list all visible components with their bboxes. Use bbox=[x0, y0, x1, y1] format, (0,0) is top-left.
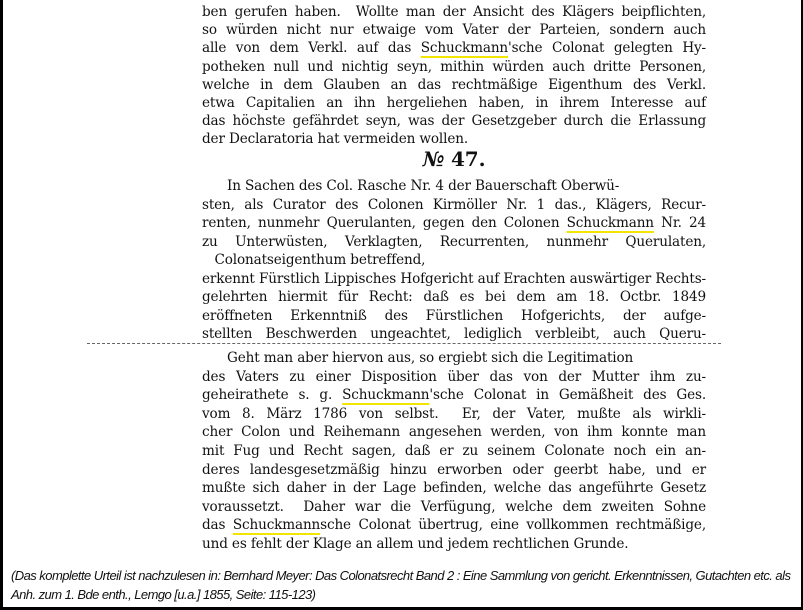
text-line: In Sachen des Col. Rasche Nr. 4 der Baue… bbox=[202, 176, 706, 196]
excerpt-separator bbox=[87, 343, 721, 344]
text-fragment: geheirathete s. g. bbox=[202, 387, 342, 403]
text-line: erkennt Fürstlich Lippisches Hofgericht … bbox=[202, 269, 706, 289]
text-line: stellten Beschwerden ungeachtet, ledigli… bbox=[202, 324, 706, 344]
highlighted-name: Schuckmann bbox=[567, 215, 654, 231]
text-line: zu Unterwüsten, Verklagten, Recurrenten,… bbox=[202, 232, 706, 252]
text-line: alle von dem Verkl. auf das Schuckmann's… bbox=[202, 38, 706, 58]
text-line: das höchste gefährdet seyn, was der Gese… bbox=[202, 111, 706, 131]
text-line: Geht man aber hiervon aus, so ergiebt si… bbox=[202, 348, 706, 368]
text-fragment: Nr. 24 bbox=[654, 215, 706, 231]
text-line: cher Colon und Reihemann angesehen werde… bbox=[202, 422, 706, 442]
text-line: potheken null und nichtig seyn, mithin w… bbox=[202, 57, 706, 77]
text-line: geheirathete s. g. Schuckmann'sche Colon… bbox=[202, 385, 706, 405]
source-citation: (Das komplette Urteil ist nachzulesen in… bbox=[11, 566, 801, 604]
text-line: welche in dem Glauben an das rechtmäßige… bbox=[202, 75, 706, 95]
text-line: das Schuckmannsche Colonat übertrug, ein… bbox=[202, 515, 706, 535]
highlighted-name: Schuckmann bbox=[233, 517, 320, 533]
document-frame: ben gerufen haben. Wollte man der Ansich… bbox=[0, 0, 803, 610]
text-line: gelehrten hiermit für Recht: daß es bei … bbox=[202, 287, 706, 307]
text-line: deres landesgesetzmäßig hinzu erworben o… bbox=[202, 460, 706, 480]
case-number: 47. bbox=[451, 147, 485, 171]
text-line: voraussetzt. Daher war die Verfügung, we… bbox=[202, 497, 706, 517]
highlighted-name: Schuckmann bbox=[421, 40, 508, 56]
text-fragment: 'sche Colonat in Gemäßheit des Ges. bbox=[429, 387, 706, 403]
text-line: und es fehlt der Klage an allem und jede… bbox=[202, 534, 706, 554]
numero-sign: № bbox=[423, 147, 445, 171]
text-line: ben gerufen haben. Wollte man der Ansich… bbox=[202, 2, 706, 22]
text-line: etwa Capitalien an ihn hergeliehen haben… bbox=[202, 93, 706, 113]
text-fragment: sche Colonat übertrug, eine vollkommen r… bbox=[320, 517, 706, 533]
text-line: sten, als Curator des Colonen Kirmöller … bbox=[202, 195, 706, 215]
text-line: mußte sich daher in der Lage befinden, w… bbox=[202, 478, 706, 498]
text-fragment: renten, nunmehr Querulanten, gegen den C… bbox=[202, 215, 567, 231]
text-line: eröffneten Erkenntniß des Fürstlichen Ho… bbox=[202, 306, 706, 326]
text-fragment: alle von dem Verkl. auf das bbox=[202, 40, 421, 56]
highlighted-name: Schuckmann bbox=[342, 387, 429, 403]
text-fragment: 'sche Colonat gelegten Hy- bbox=[508, 40, 706, 56]
text-line: renten, nunmehr Querulanten, gegen den C… bbox=[202, 213, 706, 233]
text-line: des Vaters zu einer Disposition über das… bbox=[202, 367, 706, 387]
case-number-heading: № 47. bbox=[202, 146, 706, 172]
text-line: Colonatseigenthum betreffend, bbox=[202, 250, 706, 270]
text-fragment: das bbox=[202, 517, 233, 533]
text-line: mit Fug und Recht sagen, daß er zu seine… bbox=[202, 441, 706, 461]
text-line: vom 8. März 1786 von selbst. Er, der Vat… bbox=[202, 404, 706, 424]
text-line: so würden nicht nur etwaige vom Vater de… bbox=[202, 20, 706, 40]
